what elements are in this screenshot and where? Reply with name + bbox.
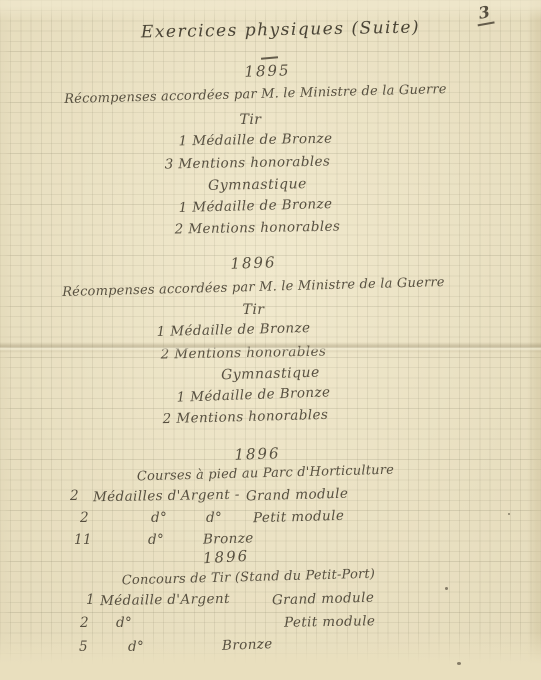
- medal-count: 11: [74, 533, 92, 549]
- discipline-heading: Tir: [0, 302, 524, 318]
- award-line: 1 Médaille de Bronze: [0, 316, 504, 346]
- medal-type: Médaille d'Argent: [100, 592, 230, 610]
- section-heading: Concours de Tir (Stand du Petit-Port): [0, 564, 519, 593]
- ink-speck: [508, 513, 510, 515]
- ditto-mark: d°: [128, 640, 144, 656]
- ink-speck: [445, 587, 448, 590]
- medal-type: Bronze: [203, 531, 254, 548]
- medal-count: 2: [80, 616, 89, 632]
- document-title: Exercices physiques (Suite): [10, 16, 541, 45]
- medal-type: Bronze: [222, 637, 273, 654]
- discipline-heading: Tir: [0, 112, 521, 128]
- medal-module: Grand module: [246, 487, 349, 505]
- medal-count: 5: [79, 640, 88, 656]
- ditto-mark: d°: [206, 511, 222, 527]
- medal-module: Petit module: [284, 614, 376, 631]
- medal-type: Médailles d'Argent -: [93, 488, 240, 506]
- award-line: 3 Mentions honorables: [0, 151, 518, 176]
- medal-module: Petit module: [253, 509, 345, 527]
- section-year: 1896: [203, 548, 250, 568]
- medal-count: 2: [80, 511, 89, 527]
- medal-count: 1: [86, 593, 95, 609]
- ditto-mark: d°: [148, 533, 164, 549]
- ink-speck: [457, 662, 461, 665]
- medal-module: Grand module: [272, 591, 375, 609]
- award-line: 2 Mentions honorables: [0, 216, 528, 241]
- title-underline: [261, 56, 278, 59]
- award-line: 1 Médaille de Bronze: [0, 128, 526, 153]
- ditto-mark: d°: [116, 616, 132, 632]
- medal-count: 2: [70, 489, 79, 505]
- ditto-mark: d°: [151, 511, 167, 527]
- manuscript-page: 3 Exercices physiques (Suite) 1895 Récom…: [0, 0, 541, 680]
